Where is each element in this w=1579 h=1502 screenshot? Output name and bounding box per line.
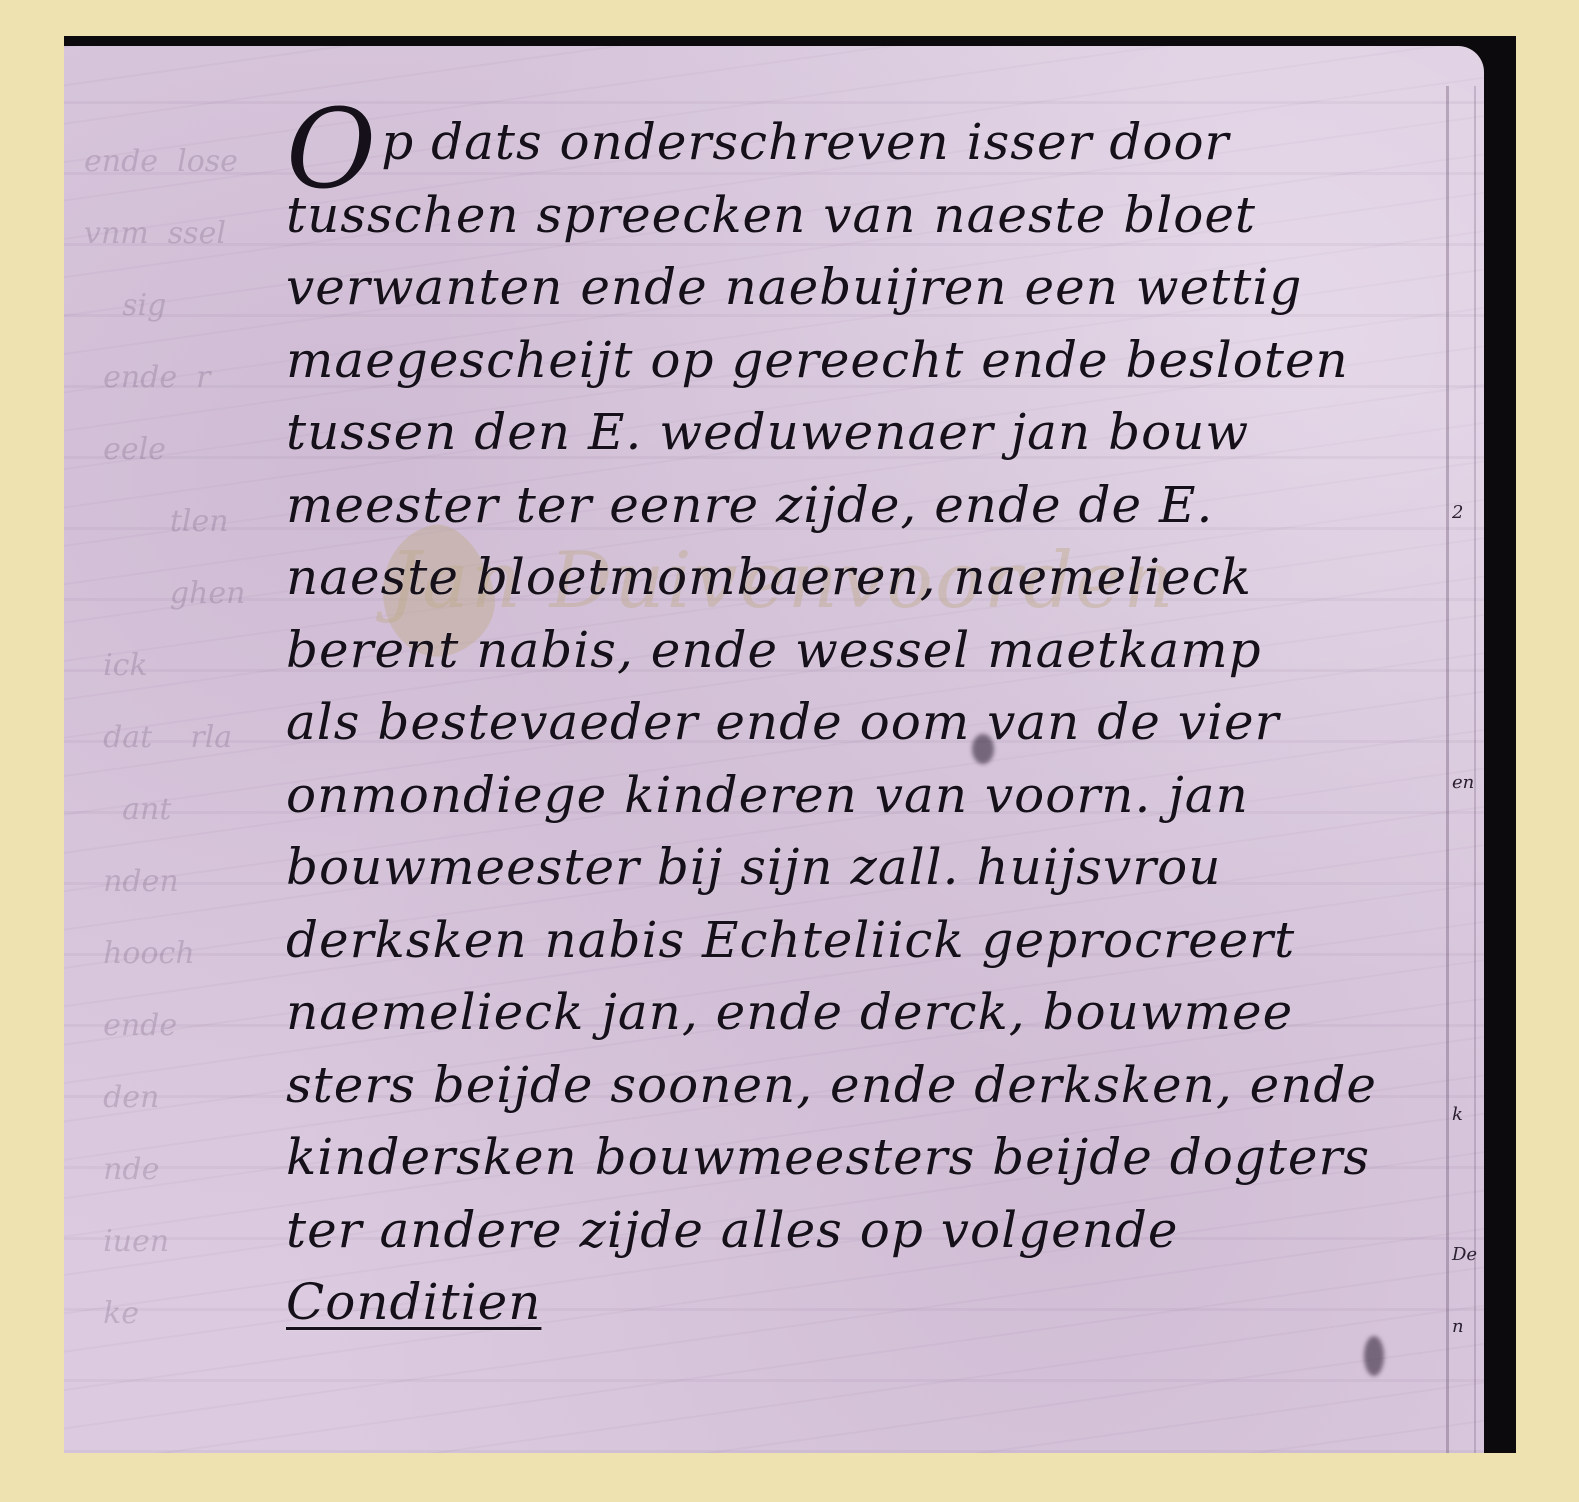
text-line: sters beijde soonen, ende derksken, ende [286,1049,1446,1122]
text-line: kindersken bouwmeesters beijde dogters [286,1121,1446,1194]
text-line: meester ter eenre zijde, ende de E. [286,469,1446,542]
text-line: naemelieck jan, ende derck, bouwmee [286,976,1446,1049]
text-line: ter andere zijde alles op volgende [286,1194,1446,1267]
text-line: als bestevaeder ende oom van de vier [286,686,1446,759]
margin-note: n [1452,1316,1464,1337]
text-line: maegescheijt op gereecht ende besloten [286,324,1446,397]
bleed-through-text: ende lose vnm ssel sig ende r eele tlen … [84,126,294,1413]
ink-blot [1364,1336,1384,1376]
manuscript-page: ende lose vnm ssel sig ende r eele tlen … [64,46,1484,1453]
margin-rule [1446,86,1449,1453]
text-line: berent nabis, ende wessel maetkamp [286,614,1446,687]
text-line-conditien: Conditien [286,1266,1446,1339]
text-line: tusschen spreecken van naeste bloet [286,179,1446,252]
text-line: verwanten ende naebuijren een wettig [286,251,1446,324]
manuscript-text: Op dats onderschreven isser door tussche… [286,106,1446,1339]
text-line: derksken nabis Echteliick geprocreert [286,904,1446,977]
scan-border: ende lose vnm ssel sig ende r eele tlen … [64,36,1516,1453]
margin-note: 2 [1452,502,1463,523]
text-line-1: Op dats onderschreven isser door [286,106,1446,179]
margin-note: k [1452,1104,1463,1125]
text-line: onmondiege kinderen van voorn. jan [286,759,1446,832]
margin-note: en [1452,772,1474,793]
text-line: naeste bloetmombaeren, naemelieck [286,541,1446,614]
text-line: bouwmeester bij sijn zall. huijsvrou [286,831,1446,904]
text-line: tussen den E. weduwenaer jan bouw [286,396,1446,469]
margin-note: De [1452,1244,1477,1265]
